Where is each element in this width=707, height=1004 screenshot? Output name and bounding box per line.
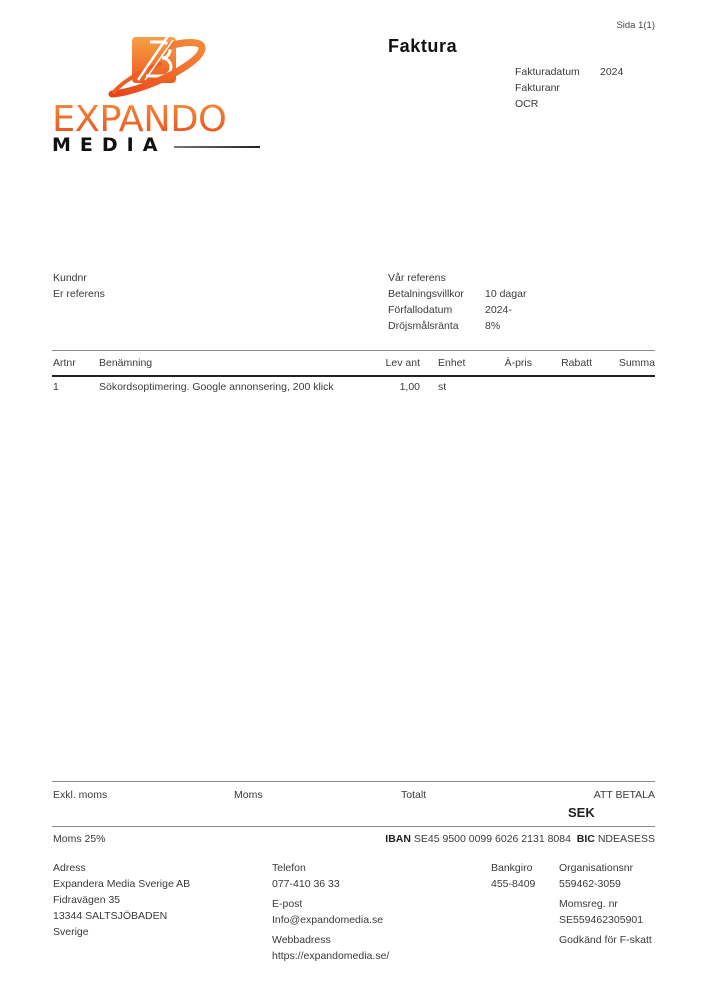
company-logo: EXPANDO MEDIA <box>52 34 264 156</box>
col-header-summa: Summa <box>605 355 655 371</box>
website-label: Webbadress <box>272 932 331 948</box>
col-header-apris: À-pris <box>490 355 532 371</box>
due-date-label: Förfallodatum <box>388 302 452 318</box>
document-title: Faktura <box>388 35 457 57</box>
totals-bottom-divider <box>52 826 655 827</box>
moms-rate: Moms 25% <box>53 831 106 847</box>
currency-label: SEK <box>568 805 595 821</box>
iban-label: IBAN <box>385 833 411 845</box>
phone-label: Telefon <box>272 860 306 876</box>
vat-number-value: SE559462305901 <box>559 912 643 928</box>
phone-value: 077-410 36 33 <box>272 876 340 892</box>
col-header-enhet: Enhet <box>438 355 465 371</box>
row-benamning: Sökordsoptimering. Google annonsering, 2… <box>99 379 334 395</box>
email-link[interactable]: Info@expandomedia.se <box>272 912 383 928</box>
table-header-divider <box>52 375 655 377</box>
logo-subtitle: MEDIA <box>52 134 166 156</box>
col-header-artnr: Artnr <box>53 355 76 371</box>
payment-terms-value: 10 dagar <box>485 286 526 302</box>
your-reference-label: Er referens <box>53 286 105 302</box>
row-artnr: 1 <box>53 379 59 395</box>
address-line-2: Fidravägen 35 <box>53 892 120 908</box>
late-interest-label: Dröjsmålsränta <box>388 318 459 334</box>
invoice-date-value: 2024 <box>600 64 623 80</box>
org-number-label: Organisationsnr <box>559 860 633 876</box>
col-header-benamning: Benämning <box>99 355 152 371</box>
invoice-date-label: Fakturadatum <box>515 64 580 80</box>
address-label: Adress <box>53 860 86 876</box>
logo-wordmark: EXPANDO <box>52 102 226 138</box>
email-label: E-post <box>272 896 302 912</box>
iban-value: SE45 9500 0099 6026 2131 8084 <box>414 833 571 845</box>
due-date-value: 2024- <box>485 302 512 318</box>
website-link[interactable]: https://expandomedia.se/ <box>272 948 389 964</box>
invoice-number-label: Fakturanr <box>515 80 560 96</box>
f-tax-approval: Godkänd för F-skatt <box>559 932 652 948</box>
org-number-value: 559462-3059 <box>559 876 621 892</box>
bic-value: NDEASESS <box>598 833 655 845</box>
customer-number-label: Kundnr <box>53 270 87 286</box>
logo-underline <box>174 146 260 148</box>
totals-top-divider <box>52 781 655 782</box>
col-header-lev-ant: Lev ant <box>370 355 420 371</box>
ocr-label: OCR <box>515 96 538 112</box>
our-reference-label: Vår referens <box>388 270 446 286</box>
late-interest-value: 8% <box>485 318 500 334</box>
moms-label: Moms <box>234 787 263 803</box>
logo-emblem-icon <box>52 34 264 104</box>
address-line-3: 13344 SALTSJÖBADEN <box>53 908 167 924</box>
totalt-label: Totalt <box>401 787 426 803</box>
row-lev-ant: 1,00 <box>370 379 420 395</box>
bank-details: IBAN SE45 9500 0099 6026 2131 8084 BIC N… <box>300 831 655 847</box>
vat-number-label: Momsreg. nr <box>559 896 618 912</box>
col-header-rabatt: Rabatt <box>550 355 592 371</box>
bankgiro-label: Bankgiro <box>491 860 532 876</box>
row-enhet: st <box>438 379 446 395</box>
bic-label: BIC <box>577 833 595 845</box>
bankgiro-value: 455-8409 <box>491 876 535 892</box>
payment-terms-label: Betalningsvillkor <box>388 286 464 302</box>
address-line-4: Sverige <box>53 924 89 940</box>
address-line-1: Expandera Media Sverige AB <box>53 876 190 892</box>
exkl-moms-label: Exkl. moms <box>53 787 107 803</box>
table-top-divider <box>52 350 655 351</box>
att-betala-label: ATT BETALA <box>540 787 655 803</box>
page-indicator: Sida 1(1) <box>616 18 655 34</box>
